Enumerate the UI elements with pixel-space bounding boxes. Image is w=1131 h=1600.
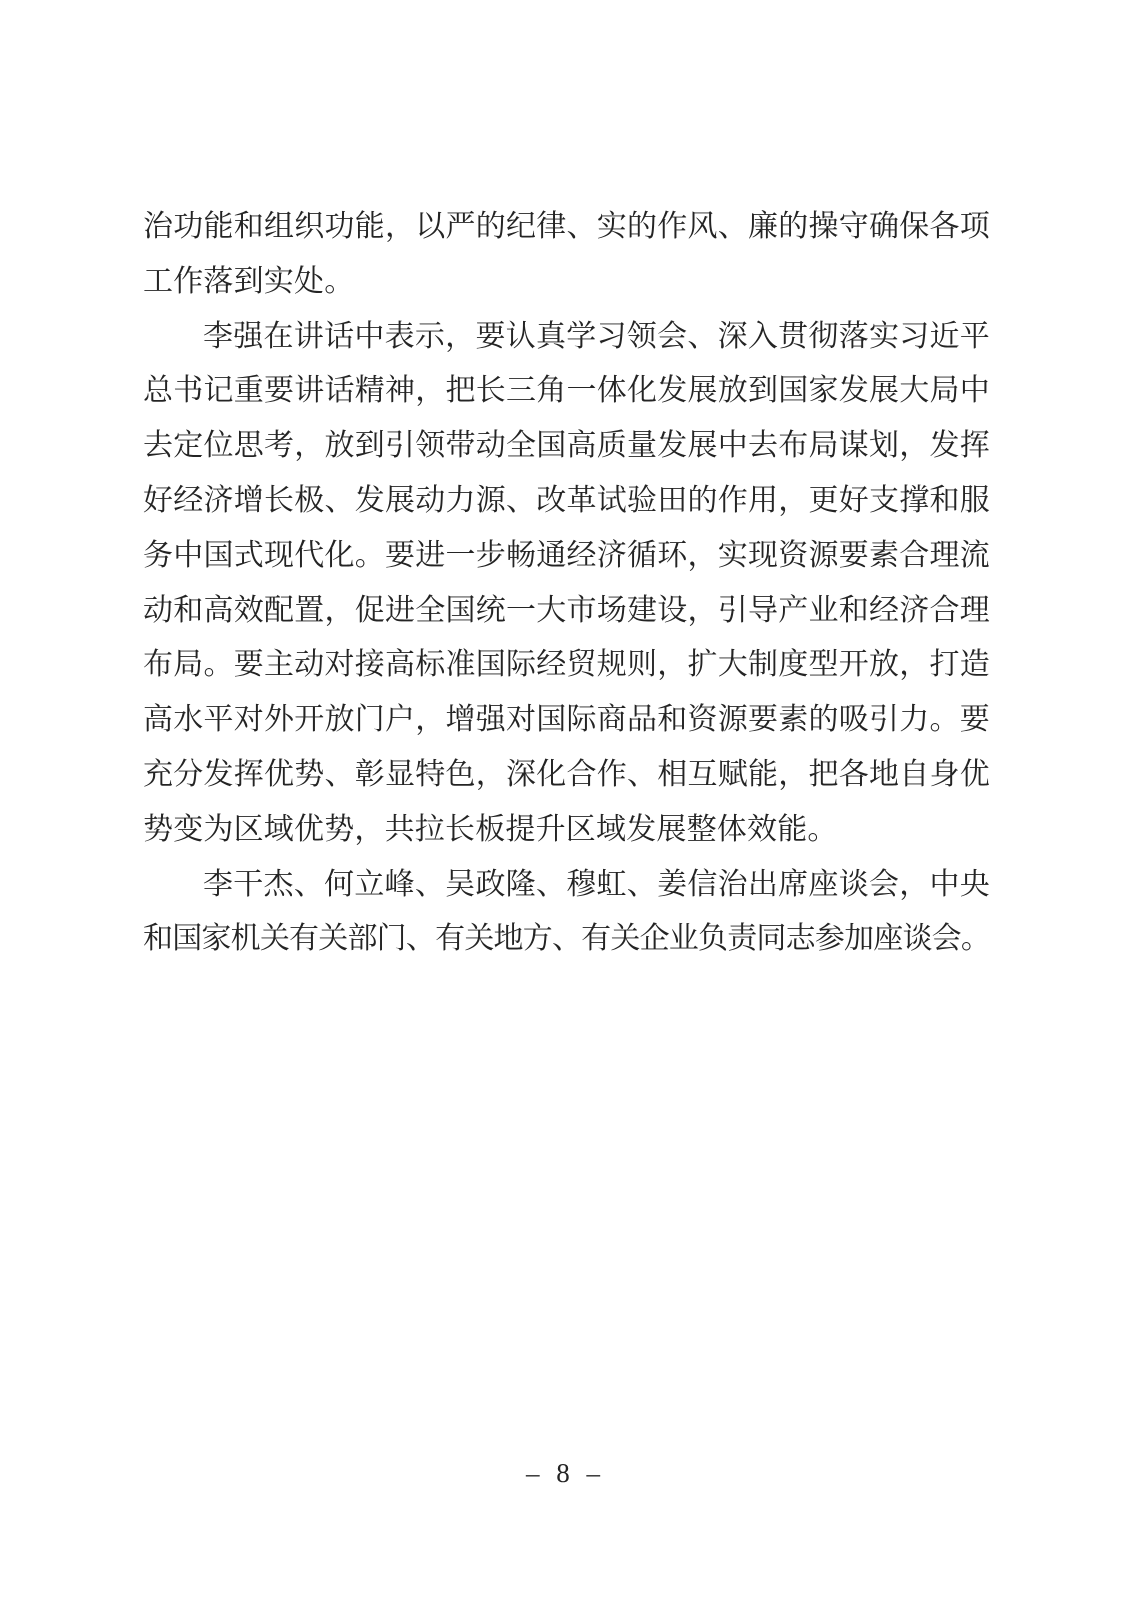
doc-line-11: 充分发挥优势、彰显特色，深化合作、相互赋能，把各地自身优 xyxy=(143,748,990,803)
page-footer: – 8 – xyxy=(0,1458,1131,1489)
doc-line-1: 治功能和组织功能，以严的纪律、实的作风、廉的操守确保各项 xyxy=(143,200,990,255)
document-page: 治功能和组织功能，以严的纪律、实的作风、廉的操守确保各项 工作落到实处。 李强在… xyxy=(0,0,1131,1600)
doc-line-5: 去定位思考，放到引领带动全国高质量发展中去布局谋划，发挥 xyxy=(143,419,990,474)
doc-line-8: 动和高效配置，促进全国统一大市场建设，引导产业和经济合理 xyxy=(143,584,990,639)
doc-line-7: 务中国式现代化。要进一步畅通经济循环，实现资源要素合理流 xyxy=(143,529,990,584)
doc-line-12: 势变为区域优势，共拉长板提升区域发展整体效能。 xyxy=(143,803,990,858)
doc-line-9: 布局。要主动对接高标准国际经贸规则，扩大制度型开放，打造 xyxy=(143,638,990,693)
doc-line-6: 好经济增长极、发展动力源、改革试验田的作用，更好支撑和服 xyxy=(143,474,990,529)
page-number: – 8 – xyxy=(526,1458,605,1488)
doc-line-14: 和国家机关有关部门、有关地方、有关企业负责同志参加座谈会。 xyxy=(143,912,990,967)
doc-line-4: 总书记重要讲话精神，把长三角一体化发展放到国家发展大局中 xyxy=(143,364,990,419)
doc-line-10: 高水平对外开放门户，增强对国际商品和资源要素的吸引力。要 xyxy=(143,693,990,748)
doc-line-3: 李强在讲话中表示，要认真学习领会、深入贯彻落实习近平 xyxy=(143,310,990,365)
doc-line-2: 工作落到实处。 xyxy=(143,255,990,310)
document-body: 治功能和组织功能，以严的纪律、实的作风、廉的操守确保各项 工作落到实处。 李强在… xyxy=(143,200,990,967)
doc-line-13: 李干杰、何立峰、吴政隆、穆虹、姜信治出席座谈会，中央 xyxy=(143,858,990,913)
